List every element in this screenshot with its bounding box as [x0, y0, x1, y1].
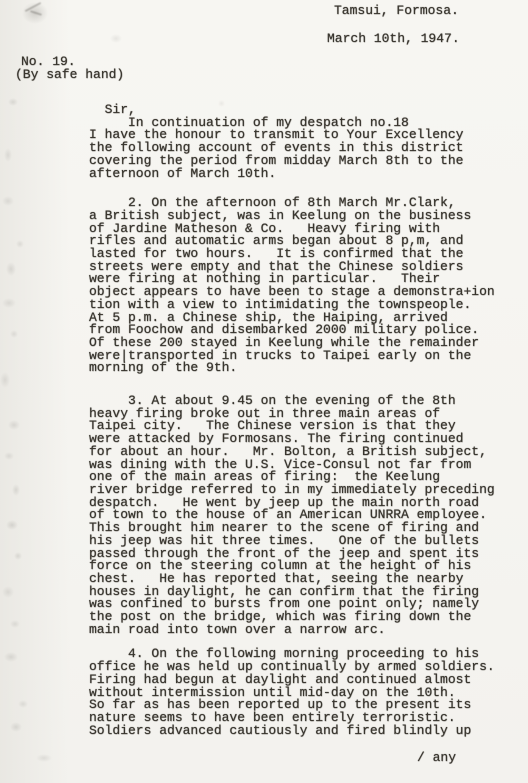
letter-body: Sir, In continuation of my despatch no.1… [89, 104, 521, 737]
catchword: / any [417, 752, 456, 765]
delivery-note: (By safe hand) [15, 69, 124, 82]
dateline-date: March 10th, 1947. [327, 33, 460, 46]
paragraph-1: Sir, In continuation of my despatch no.1… [89, 104, 521, 180]
text-line: main road into town over a narrow arc. [89, 624, 521, 637]
text-line: Soldiers advanced cautiously and fired b… [89, 725, 521, 738]
paragraph-4: 4. On the following morning proceeding t… [89, 648, 521, 737]
text-line: morning of the 9th. [89, 362, 521, 375]
paragraph-3: 3. At about 9.45 on the evening of the 8… [89, 395, 521, 636]
paragraph-2: 2. On the afternoon of 8th March Mr.Clar… [89, 197, 521, 375]
document-page: Tamsui, Formosa. March 10th, 1947. No. 1… [0, 0, 528, 783]
text-line: afternoon of March 10th. [89, 168, 521, 181]
dateline-location: Tamsui, Formosa. [334, 5, 459, 18]
